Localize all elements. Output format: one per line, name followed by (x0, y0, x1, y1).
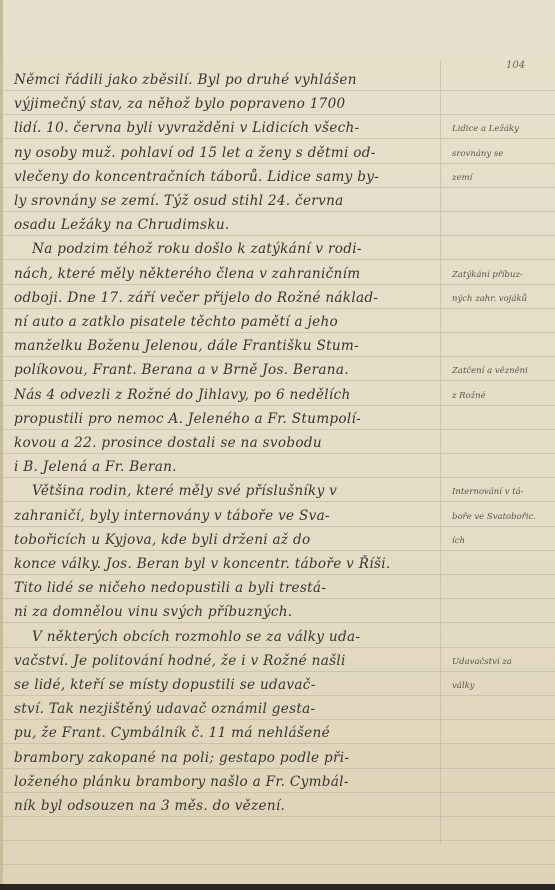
ruled-line (0, 574, 555, 575)
ruled-line (0, 356, 555, 357)
text-line: ní auto a zatklo pisatele těchto pamětí … (14, 314, 439, 330)
text-line: lidí. 10. června byli vyvražděni v Lidic… (14, 120, 439, 136)
ruled-line (0, 768, 555, 769)
ruled-line (0, 187, 555, 188)
text-line: ny osoby muž. pohlaví od 15 let a ženy s… (14, 145, 439, 161)
ruled-line (0, 138, 555, 139)
ruled-line (0, 622, 555, 623)
ruled-line (0, 284, 555, 285)
text-line: Na podzim téhož roku došlo k zatýkání v … (32, 241, 457, 257)
text-line: Nás 4 odvezli z Rožné do Jihlavy, po 6 n… (14, 387, 439, 403)
ruled-line (0, 792, 555, 793)
text-line: kovou a 22. prosince dostali se na svobo… (14, 435, 439, 451)
text-line: konce války. Jos. Beran byl v koncentr. … (14, 556, 439, 572)
text-line: vačství. Je politování hodné, že i v Rož… (14, 653, 439, 669)
margin-note: zemí (452, 173, 552, 183)
text-line: ník byl odsouzen na 3 měs. do vězení. (14, 798, 439, 814)
margin-note: ných zahr. vojáků (452, 294, 552, 304)
page-number: 104 (506, 60, 525, 71)
page-bottom-edge (0, 884, 555, 890)
text-line: Tito lidé se ničeho nedopustili a byli t… (14, 580, 439, 596)
ruled-line (0, 90, 555, 91)
margin-note: Zatýkání příbuz- (452, 270, 552, 280)
margin-note: boře ve Svatobořic. (452, 512, 552, 522)
text-line: Němci řádili jako zběsilí. Byl po druhé … (14, 72, 439, 88)
margin-note: srovnány se (452, 149, 552, 159)
margin-note: z Rožné (452, 391, 552, 401)
ruled-line (0, 598, 555, 599)
ruled-line (0, 380, 555, 381)
text-line: Většina rodin, které měly své příslušník… (32, 483, 457, 499)
ruled-line (0, 695, 555, 696)
ruled-line (0, 671, 555, 672)
text-line: loženého plánku brambory našlo a Fr. Cym… (14, 774, 439, 790)
ruled-line (0, 840, 555, 841)
text-line: ni za domnělou vinu svých příbuzných. (14, 604, 439, 620)
ruled-line (0, 405, 555, 406)
text-line: pu, že Frant. Cymbálník č. 11 má nehláše… (14, 725, 439, 741)
ruled-line (0, 332, 555, 333)
ruled-line (0, 163, 555, 164)
ruled-line (0, 550, 555, 551)
text-line: se lidé, kteří se místy dopustili se uda… (14, 677, 439, 693)
ruled-line (0, 235, 555, 236)
ruled-line (0, 211, 555, 212)
text-line: tobořicích u Kyjova, kde byli drženi až … (14, 532, 439, 548)
margin-note: Zatčení a vězněni (452, 366, 552, 376)
margin-note: války (452, 681, 552, 691)
text-line: nách, které měly některého člena v zahra… (14, 266, 439, 282)
text-line: odboji. Dne 17. září večer přijelo do Ro… (14, 290, 439, 306)
text-line: ství. Tak nezjištěný udavač oznámil gest… (14, 701, 439, 717)
ruled-line (0, 259, 555, 260)
ruled-line (0, 719, 555, 720)
text-line: manželku Boženu Jelenou, dále Františku … (14, 338, 439, 354)
margin-note: Internování v tá- (452, 487, 552, 497)
margin-note: Udavačství za (452, 657, 552, 667)
manuscript-page: 104 Němci řádili jako zběsilí. Byl po dr… (0, 0, 555, 884)
text-line: brambory zakopané na poli; gestapo podle… (14, 750, 439, 766)
ruled-line (0, 743, 555, 744)
ruled-line (0, 816, 555, 817)
margin-note: Lidice a Ležáky (452, 124, 552, 134)
text-line: zahraničí, byly internovány v táboře ve … (14, 508, 439, 524)
text-line: osadu Ležáky na Chrudimsku. (14, 217, 439, 233)
ruled-line (0, 114, 555, 115)
text-line: ly srovnány se zemí. Týž osud stihl 24. … (14, 193, 439, 209)
ruled-line (0, 308, 555, 309)
text-line: vlečeny do koncentračních táborů. Lidice… (14, 169, 439, 185)
text-line: propustili pro nemoc A. Jeleného a Fr. S… (14, 411, 439, 427)
margin-rule (440, 60, 441, 844)
ruled-line (0, 477, 555, 478)
ruled-line (0, 526, 555, 527)
ruled-line (0, 429, 555, 430)
ruled-line (0, 453, 555, 454)
ruled-line (0, 501, 555, 502)
text-line: i B. Jelená a Fr. Beran. (14, 459, 439, 475)
text-line: výjimečný stav, za něhož bylo popraveno … (14, 96, 439, 112)
margin-note: ích (452, 536, 552, 546)
ruled-line (0, 864, 555, 865)
ruled-line (0, 647, 555, 648)
text-line: políkovou, Frant. Berana a v Brně Jos. B… (14, 362, 439, 378)
text-line: V některých obcích rozmohlo se za války … (32, 629, 457, 645)
